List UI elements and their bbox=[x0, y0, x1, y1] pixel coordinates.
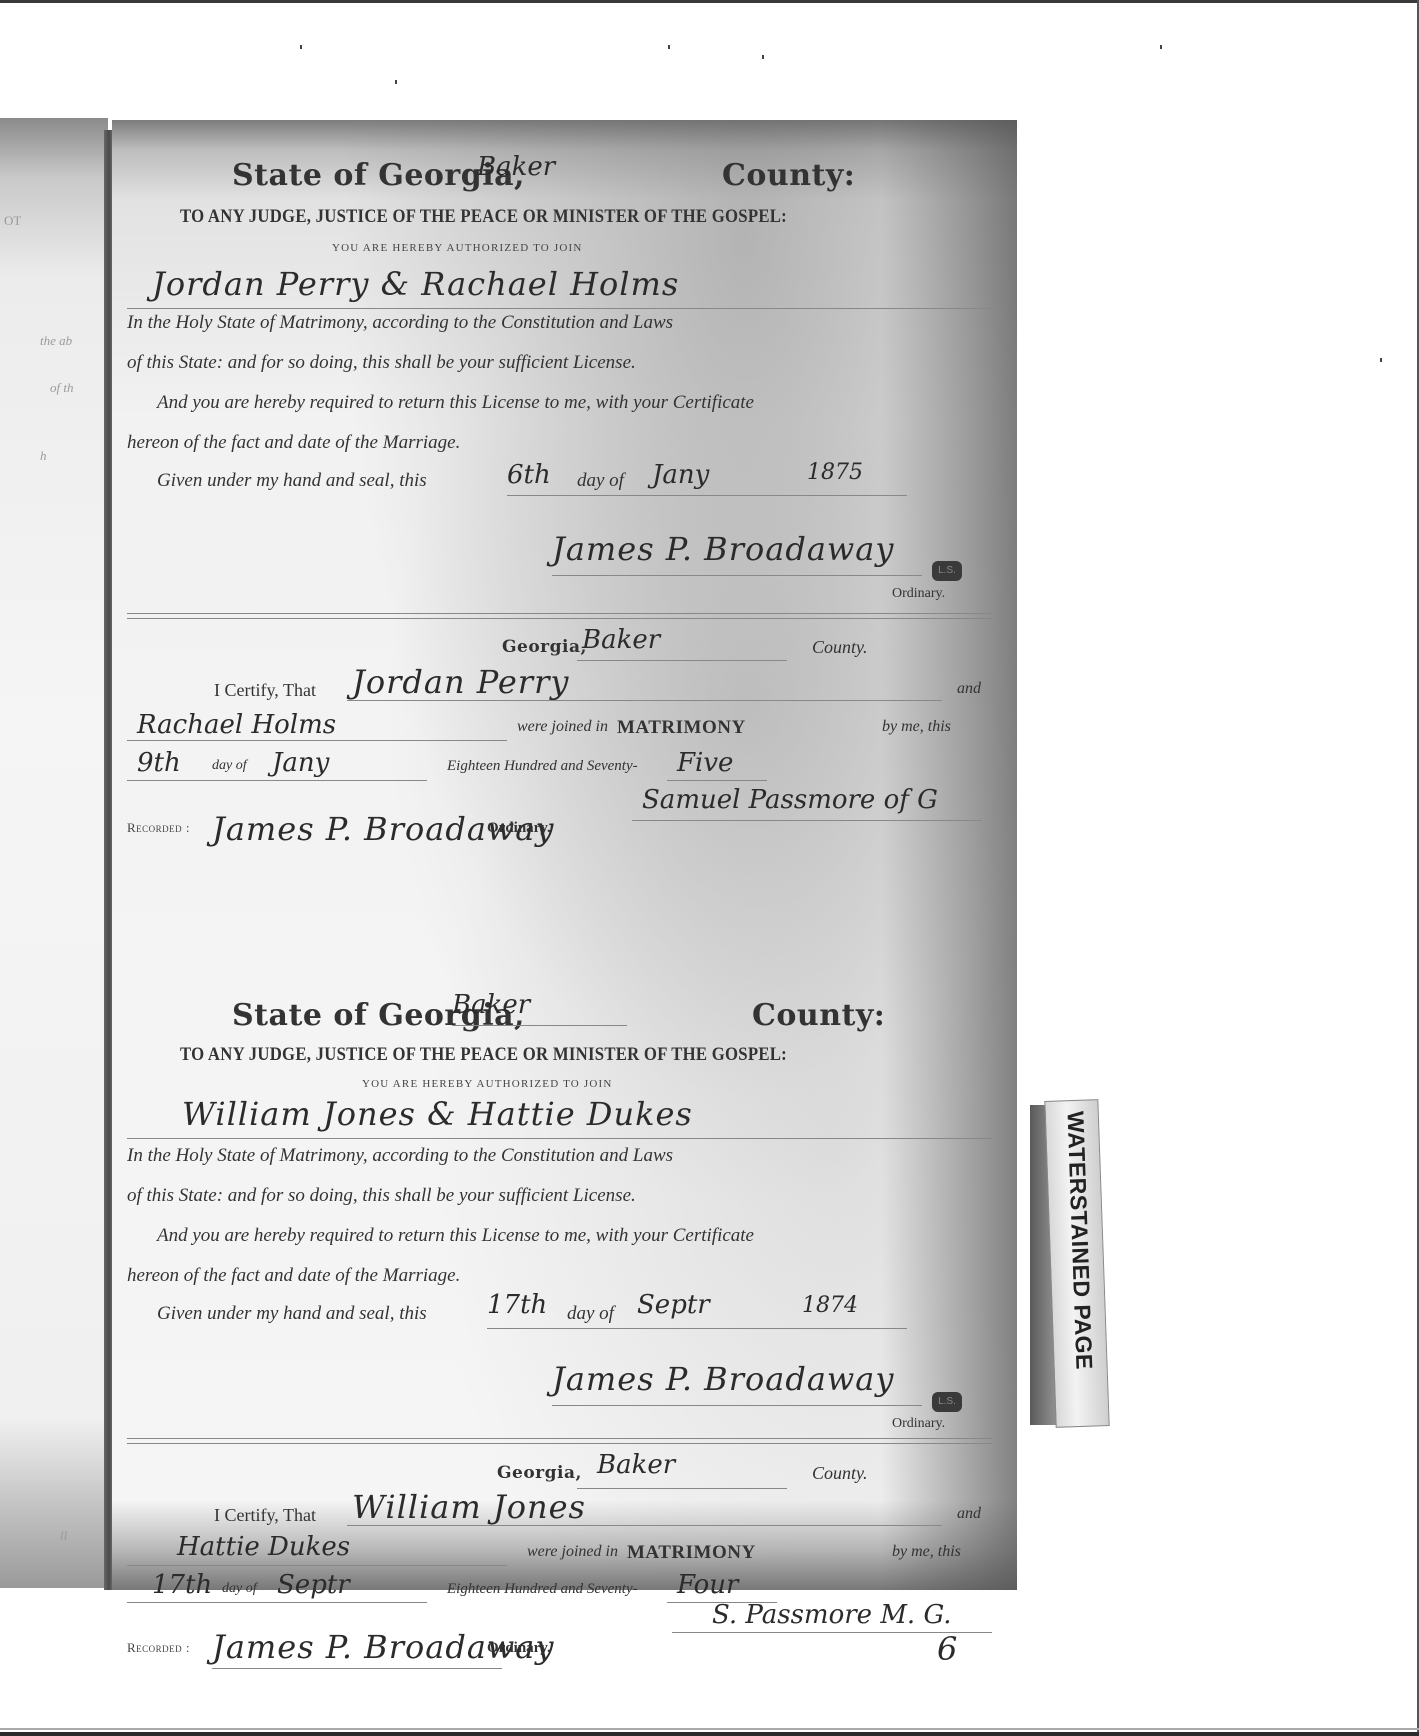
signature-rule bbox=[552, 1405, 922, 1406]
license-given-dayof: day of bbox=[567, 1303, 614, 1325]
license-given-year: 1874 bbox=[802, 1293, 858, 1318]
license-county-name: Baker bbox=[477, 152, 555, 182]
waterstained-stamp: WATERSTAINED PAGE bbox=[1030, 1095, 1150, 1425]
license-given-dayof: day of bbox=[577, 470, 624, 492]
certificate-officiant: Samuel Passmore of G bbox=[642, 785, 938, 815]
certificate-state: Georgia, bbox=[502, 637, 587, 657]
groom-rule bbox=[347, 1525, 942, 1526]
certificate-month: Jany bbox=[272, 748, 329, 778]
certificate-state: Georgia, bbox=[497, 1463, 582, 1483]
signature-rule bbox=[552, 575, 922, 576]
certificate-month: Septr bbox=[277, 1570, 350, 1600]
facing-page-fragment: the ab bbox=[40, 333, 72, 349]
given-rule bbox=[487, 1328, 907, 1329]
certificate-year-text: Eighteen Hundred and Seventy- bbox=[447, 1581, 638, 1598]
certificate-groom: Jordan Perry bbox=[352, 663, 569, 701]
certificate-matrimony: MATRIMONY bbox=[617, 717, 746, 739]
page-mark: 6 bbox=[937, 1630, 958, 1668]
scan-speck bbox=[668, 45, 670, 49]
license-signature: James P. Broadaway bbox=[552, 1360, 894, 1398]
scan-speck bbox=[1160, 45, 1162, 49]
certificate-county-name: Baker bbox=[597, 1450, 675, 1480]
license-address: TO ANY JUDGE, JUSTICE OF THE PEACE OR MI… bbox=[180, 1044, 787, 1066]
officiant-rule bbox=[632, 820, 982, 821]
license-body-line: hereon of the fact and date of the Marri… bbox=[127, 432, 460, 454]
certificate-joined-text: were joined in bbox=[527, 1543, 618, 1561]
date-rule bbox=[127, 1602, 427, 1603]
scan-border-bottom bbox=[0, 1732, 1419, 1736]
certificate-day: 17th bbox=[152, 1570, 212, 1600]
facing-page-fragment: OT bbox=[4, 213, 21, 229]
ls-seal: L.S. bbox=[932, 561, 962, 581]
license-given-day: 17th bbox=[487, 1290, 547, 1320]
section-divider bbox=[127, 613, 992, 619]
license-authorized: YOU ARE HEREBY AUTHORIZED TO JOIN bbox=[362, 1078, 613, 1090]
certificate-bride: Hattie Dukes bbox=[177, 1532, 350, 1562]
section-divider bbox=[127, 1438, 992, 1444]
facing-page-fragment: of th bbox=[50, 380, 73, 396]
bride-rule bbox=[127, 1565, 507, 1566]
certificate-recorded-label: Recorded : bbox=[127, 820, 190, 836]
certificate-day: 9th bbox=[137, 748, 181, 778]
certificate-county-label: County. bbox=[812, 1463, 868, 1484]
certificate-bride: Rachael Holms bbox=[137, 710, 336, 740]
recorder-rule bbox=[212, 1668, 502, 1669]
facing-page-edge: OT the ab of th h ll bbox=[0, 118, 108, 1588]
license-heading-county: County: bbox=[722, 158, 855, 193]
scan-border-top bbox=[0, 0, 1419, 3]
scan-speck bbox=[300, 45, 302, 49]
license-county-name: Baker bbox=[452, 990, 530, 1020]
license-given-prefix: Given under my hand and seal, this bbox=[157, 1303, 427, 1325]
license-given-month: Jany bbox=[652, 460, 709, 490]
certificate-year-word: Four bbox=[677, 1570, 738, 1600]
license-given-day: 6th bbox=[507, 460, 551, 490]
certificate-by-me: by me, this bbox=[882, 718, 951, 736]
certificate-recorder-title: Ordinary. bbox=[487, 820, 551, 837]
license-signature: James P. Broadaway bbox=[552, 530, 894, 568]
license-address: TO ANY JUDGE, JUSTICE OF THE PEACE OR MI… bbox=[180, 206, 787, 228]
license-body-line: And you are hereby required to return th… bbox=[157, 1225, 754, 1247]
certificate-and: and bbox=[957, 680, 981, 698]
given-rule bbox=[507, 495, 907, 496]
certificate-and: and bbox=[957, 1505, 981, 1523]
county-rule bbox=[452, 1025, 627, 1026]
year-rule bbox=[667, 780, 767, 781]
certificate-recorder-title: Ordinary. bbox=[487, 1640, 551, 1657]
groom-rule bbox=[347, 700, 942, 701]
facing-page-fragment: h bbox=[40, 448, 47, 464]
scan-border-bottom-inner bbox=[0, 1728, 1419, 1730]
certificate-joined-text: were joined in bbox=[517, 718, 608, 736]
license-parties: Jordan Perry & Rachael Holms bbox=[152, 265, 679, 303]
license-given-prefix: Given under my hand and seal, this bbox=[157, 470, 427, 492]
license-parties: William Jones & Hattie Dukes bbox=[182, 1095, 693, 1133]
license-body-line: In the Holy State of Matrimony, accordin… bbox=[127, 1145, 673, 1167]
certificate-year-text: Eighteen Hundred and Seventy- bbox=[447, 758, 638, 775]
certificate-dayof: day of bbox=[212, 758, 247, 774]
license-given-year: 1875 bbox=[807, 460, 863, 485]
license-body-line: hereon of the fact and date of the Marri… bbox=[127, 1265, 460, 1287]
certificate-matrimony: MATRIMONY bbox=[627, 1542, 756, 1564]
date-rule bbox=[127, 780, 427, 781]
certificate-by-me: by me, this bbox=[892, 1543, 961, 1561]
certificate-recorded-label: Recorded : bbox=[127, 1640, 190, 1656]
license-title: Ordinary. bbox=[892, 1416, 945, 1432]
scan-speck bbox=[1380, 358, 1382, 362]
certificate-certify-prefix: I Certify, That bbox=[214, 1505, 316, 1526]
license-authorized: YOU ARE HEREBY AUTHORIZED TO JOIN bbox=[332, 242, 583, 254]
parties-rule bbox=[127, 1138, 992, 1139]
certificate-officiant: S. Passmore M. G. bbox=[712, 1600, 952, 1630]
license-body-line: of this State: and for so doing, this sh… bbox=[127, 352, 636, 374]
scan-speck bbox=[395, 80, 397, 84]
certificate-groom: William Jones bbox=[352, 1488, 586, 1526]
certificate-county-label: County. bbox=[812, 637, 868, 658]
license-heading-county: County: bbox=[752, 998, 885, 1033]
scan-speck bbox=[762, 55, 764, 59]
ledger-page: State of Georgia, Baker County: TO ANY J… bbox=[112, 120, 1017, 1590]
bride-rule bbox=[127, 740, 507, 741]
parties-rule bbox=[127, 308, 992, 309]
county-rule bbox=[577, 660, 787, 661]
license-body-line: of this State: and for so doing, this sh… bbox=[127, 1185, 636, 1207]
license-title: Ordinary. bbox=[892, 586, 945, 602]
certificate-dayof: day of bbox=[222, 1581, 257, 1597]
county-rule bbox=[577, 1488, 787, 1489]
certificate-county-name: Baker bbox=[582, 625, 660, 655]
ls-seal: L.S. bbox=[932, 1392, 962, 1412]
license-given-month: Septr bbox=[637, 1290, 710, 1320]
license-body-line: And you are hereby required to return th… bbox=[157, 392, 754, 414]
certificate-certify-prefix: I Certify, That bbox=[214, 680, 316, 701]
facing-page-fragment: ll bbox=[60, 1528, 67, 1544]
license-body-line: In the Holy State of Matrimony, accordin… bbox=[127, 312, 673, 334]
certificate-year-word: Five bbox=[677, 748, 733, 778]
